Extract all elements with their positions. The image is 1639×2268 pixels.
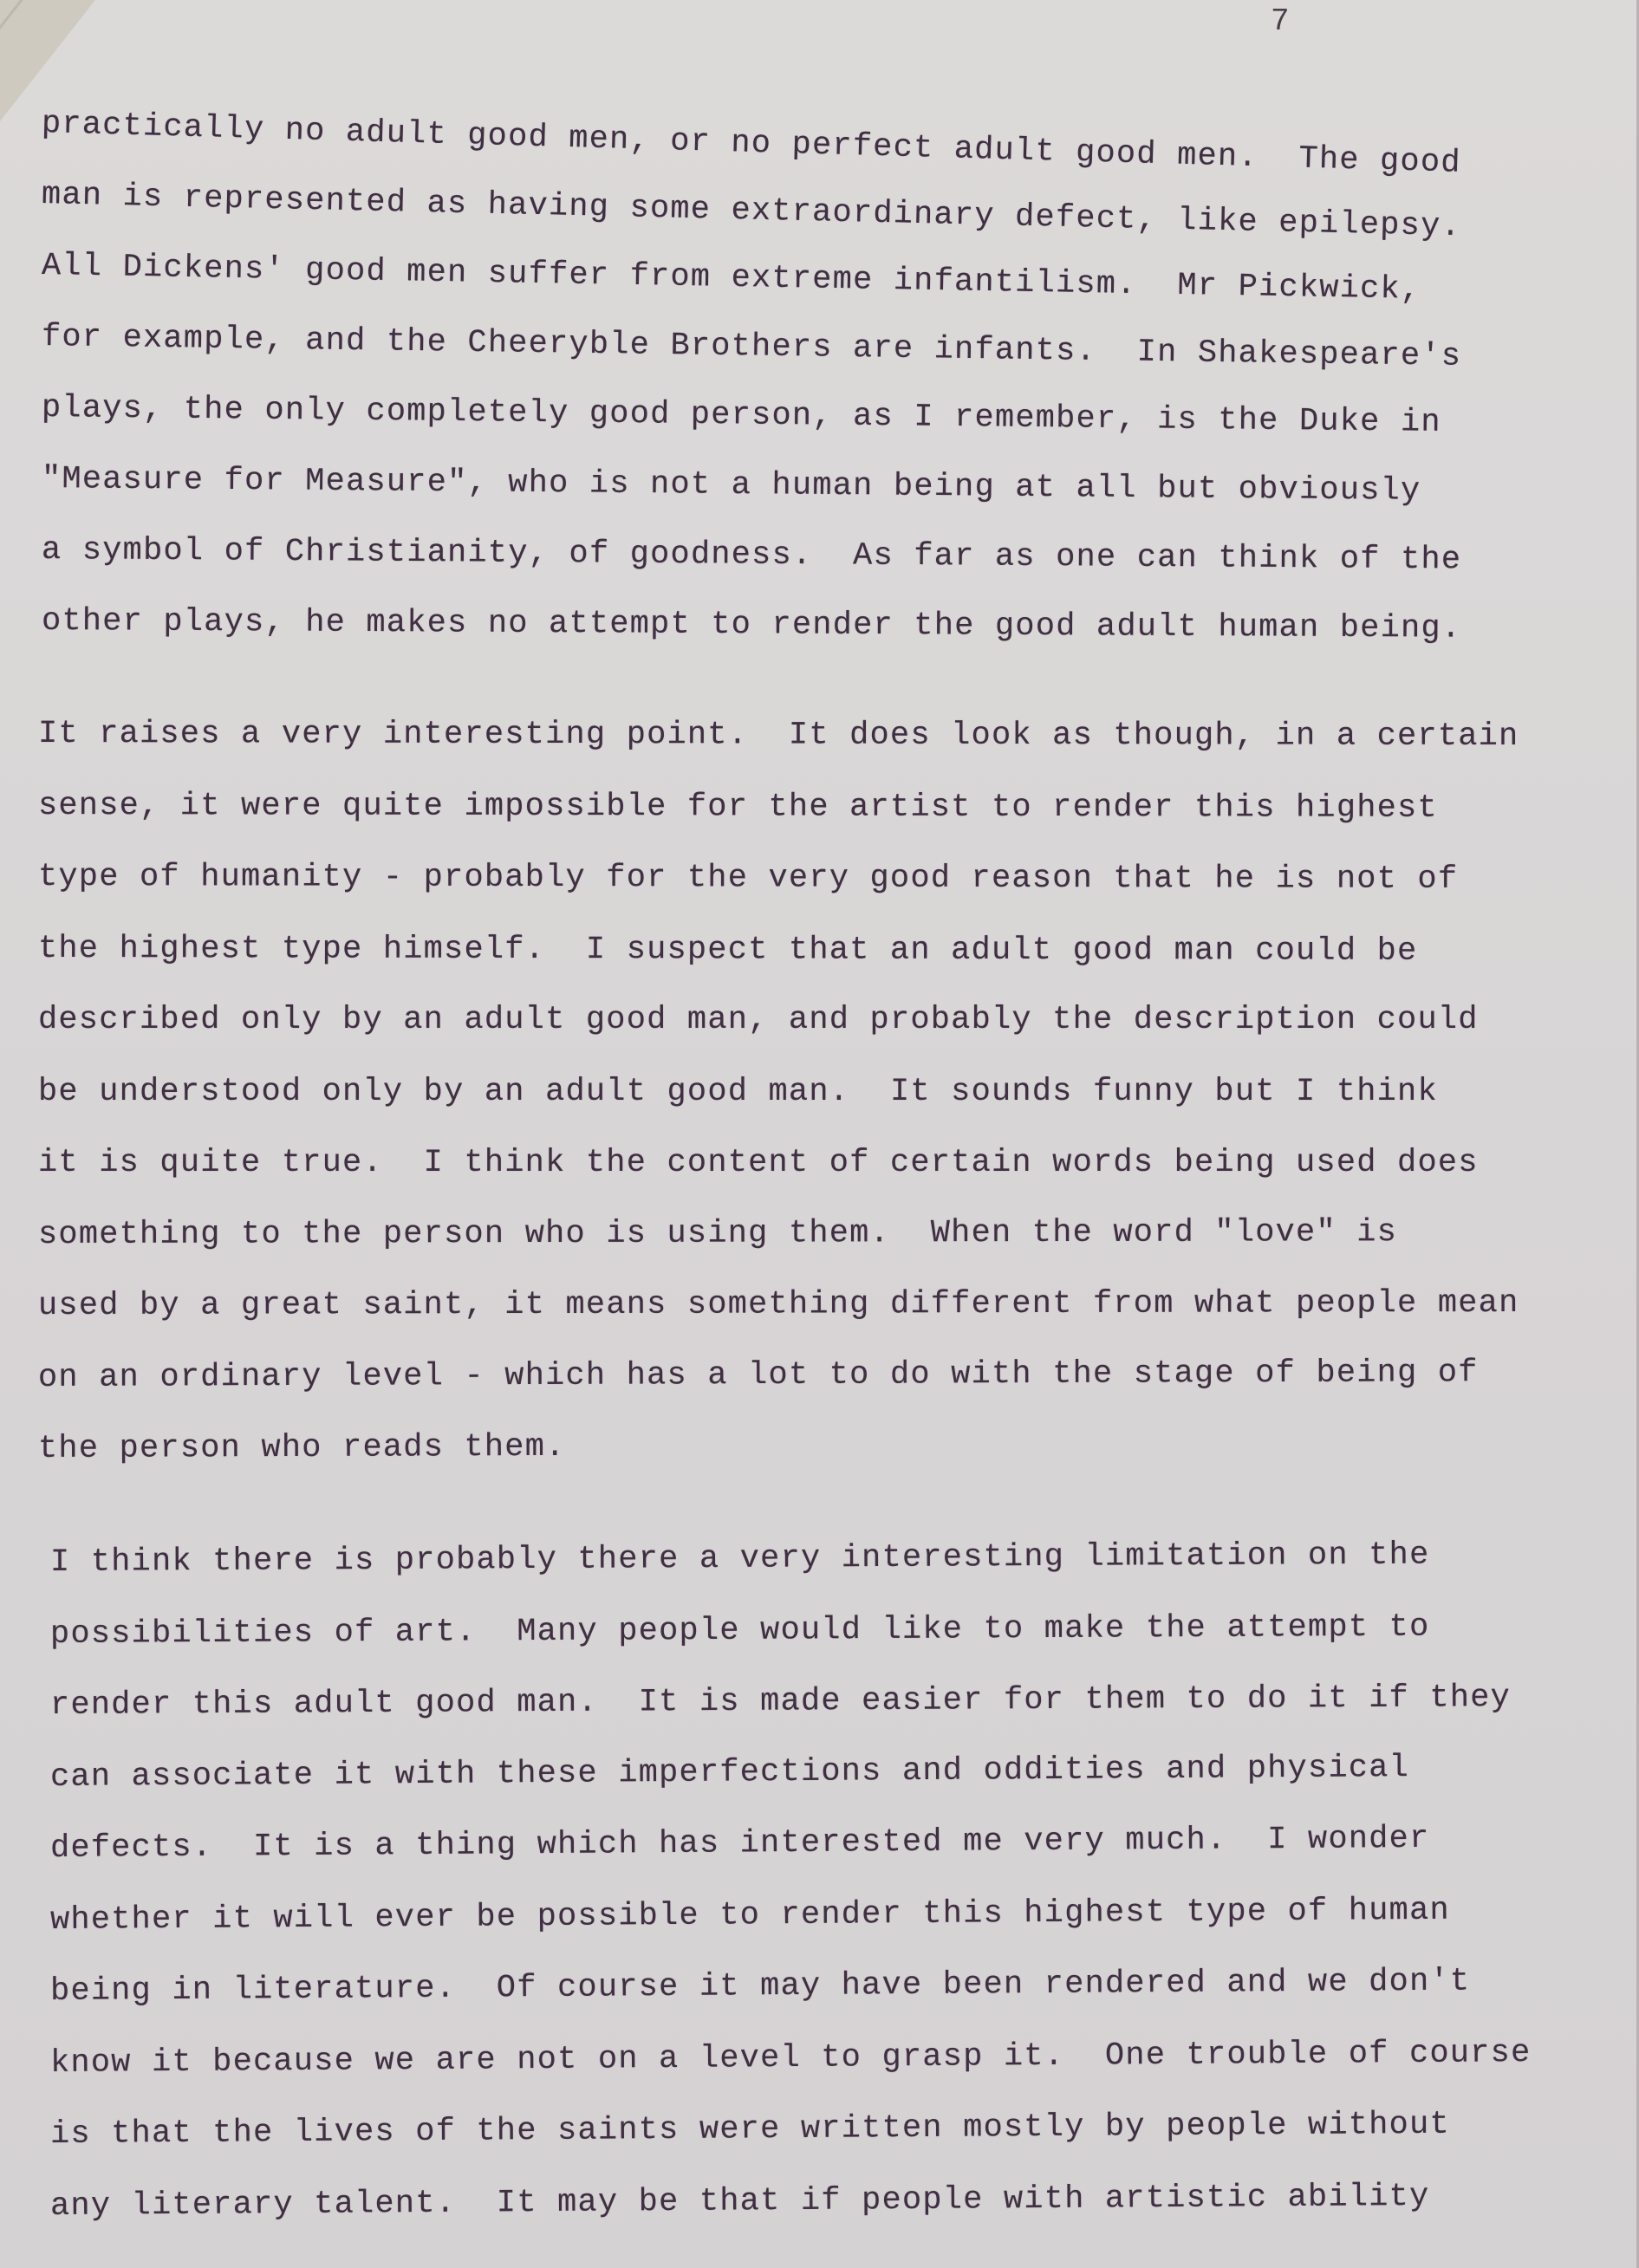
text-line: I think there is probably there a very i… xyxy=(50,1537,1430,1581)
text-line: possibilities of art. Many people would … xyxy=(50,1608,1430,1652)
text-line: can associate it with these imperfection… xyxy=(50,1750,1409,1796)
text-line: It raises a very interesting point. It d… xyxy=(38,716,1519,755)
typewritten-page: 7 practically no adult good men, or no p… xyxy=(0,0,1639,2268)
text-line: other plays, he makes no attempt to rend… xyxy=(42,603,1461,647)
text-line: used by a great saint, it means somethin… xyxy=(38,1285,1519,1324)
text-line: know it because we are not on a level to… xyxy=(50,2035,1532,2082)
text-line: for example, and the Cheeryble Brothers … xyxy=(42,319,1462,375)
text-line: type of humanity - probably for the very… xyxy=(38,859,1458,898)
text-line: man is represented as having some extrao… xyxy=(42,177,1462,245)
text-line: any literary talent. It may be that if p… xyxy=(50,2178,1430,2224)
text-line: described only by an adult good man, and… xyxy=(38,1002,1479,1038)
text-line: whether it will ever be possible to rend… xyxy=(50,1892,1450,1938)
text-line: a symbol of Christianity, of goodness. A… xyxy=(42,532,1462,578)
text-line: the highest type himself. I suspect that… xyxy=(38,931,1418,970)
text-line: be understood only by an adult good man.… xyxy=(38,1074,1438,1110)
folded-corner xyxy=(0,0,95,121)
text-line: is that the lives of the saints were wri… xyxy=(50,2107,1450,2153)
text-line: being in literature. Of course it may ha… xyxy=(50,1964,1471,2010)
text-line: on an ordinary level - which has a lot t… xyxy=(38,1355,1479,1396)
text-line: practically no adult good men, or no per… xyxy=(41,106,1461,182)
text-line: plays, the only completely good person, … xyxy=(42,390,1441,441)
text-line: defects. It is a thing which has interes… xyxy=(50,1821,1430,1867)
text-line: All Dickens' good men suffer from extrem… xyxy=(42,248,1421,309)
text-line: render this adult good man. It is made e… xyxy=(50,1680,1511,1724)
text-line: the person who reads them. xyxy=(38,1429,566,1467)
text-line: "Measure for Measure", who is not a huma… xyxy=(42,461,1421,510)
text-line: it is quite true. I think the content of… xyxy=(38,1145,1479,1181)
text-line: sense, it were quite impossible for the … xyxy=(38,788,1438,827)
text-line: something to the person who is using the… xyxy=(38,1214,1397,1253)
page-number: 7 xyxy=(1271,3,1290,39)
